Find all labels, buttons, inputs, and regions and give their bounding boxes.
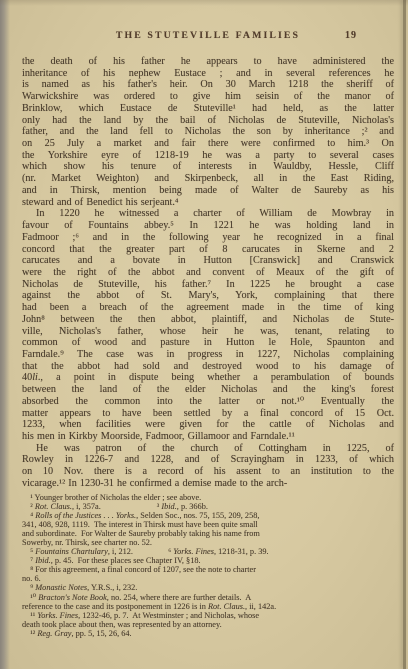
text-line: concord that the greater part of 8 caruc…: [22, 244, 394, 256]
text-line: steward and of Benedict his serjeant.⁴: [22, 197, 394, 209]
text-line: were the right of the abbot and convent …: [22, 267, 394, 279]
text-line: on 10 Nov. there is a record of his asse…: [22, 466, 394, 478]
text-line: inheritance of his nephew Eustace ; and …: [22, 68, 394, 80]
text-line: Warwickshire was ordered to give him sei…: [22, 91, 394, 103]
footnote-line: ⁹ Monastic Notes, Y.R.S., i, 232.: [22, 583, 394, 592]
footnote-line: ⁷ Ibid., p. 45. For these places see Cha…: [22, 556, 394, 565]
text-line: on 25 July a market and fair there were …: [22, 138, 394, 150]
footnotes: ¹ Younger brother of Nicholas the elder …: [22, 493, 394, 638]
text-line: In 1220 he witnessed a charter of Willia…: [22, 208, 394, 220]
text-line: is named as his father's heir. On 30 Mar…: [22, 79, 394, 91]
text-line: only had the land by the bail of Nichola…: [22, 115, 394, 127]
running-header: THE STUTEVILLE FAMILIES 19: [22, 30, 394, 44]
footnote-line: death took place about then, was represe…: [22, 620, 394, 629]
footnote-line: ⁴ Rolls of the Justices . . . Yorks., Se…: [22, 511, 394, 520]
text-line: and in Thirsk, mention being made of Wal…: [22, 185, 394, 197]
text-line: absorbed the common into the latter or n…: [22, 396, 394, 408]
text-line: which show his tenure of interests in Wa…: [22, 161, 394, 173]
text-line: between the land of the elder Nicholas a…: [22, 384, 394, 396]
text-line: 40li., a point in dispute being whether …: [22, 372, 394, 384]
text-line: the death of his father he appears to ha…: [22, 56, 394, 68]
running-title: THE STUTEVILLE FAMILIES: [22, 30, 394, 41]
book-page: THE STUTEVILLE FAMILIES 19 the death of …: [0, 0, 408, 669]
footnote-line: no. 6.: [22, 574, 394, 583]
text-line: the Yorkshire eyre of 1218-19 he was a p…: [22, 150, 394, 162]
page-top-edge-shadow: [0, 0, 408, 6]
text-line: had been a breach of the agreement made …: [22, 302, 394, 314]
footnote-line: ⁸ For this agreement, a final concord of…: [22, 565, 394, 574]
text-line: that the abbot had sold and destroyed wo…: [22, 361, 394, 373]
page-number: 19: [345, 30, 357, 41]
text-line: ville, Nicholas's father, whose heir he …: [22, 326, 394, 338]
page-right-edge-shadow: [403, 0, 406, 669]
footnote-line: reference to the case and its postponeme…: [22, 602, 394, 611]
text-line: (nr. Market Weighton) and Skirpenbeck, a…: [22, 173, 394, 185]
text-line: favour of Fountains abbey.⁵ In 1221 he w…: [22, 220, 394, 232]
footnote-line: Sowerby, nr. Thirsk, see charter no. 52.: [22, 538, 394, 547]
footnote-line: and subordinate. For Walter de Saureby p…: [22, 529, 394, 538]
text-line: Fadmoor ;⁶ and in the following year he …: [22, 232, 394, 244]
text-line: his men in Kirkby Moorside, Fadmoor, Gil…: [22, 431, 394, 443]
text-line: carucates and a bovate in Hutton [Cransw…: [22, 255, 394, 267]
page-left-edge-shadow: [0, 0, 10, 669]
text-line: matter appears to have been settled by a…: [22, 408, 394, 420]
body-text: the death of his father he appears to ha…: [22, 56, 394, 490]
text-line: common of wood and pasture in Hutton le …: [22, 337, 394, 349]
text-line: against the abbot of St. Mary's, York, c…: [22, 290, 394, 302]
footnote-line: ⁵ Fountains Chartulary, i, 212. ⁶ Yorks.…: [22, 547, 394, 556]
text-line: father, and the land fell to Nicholas th…: [22, 126, 394, 138]
text-line: Brinklow, which Eustace de Stuteville¹ h…: [22, 103, 394, 115]
text-line: 1233, when facilities were given for the…: [22, 419, 394, 431]
footnote-line: ¹² Reg. Gray, pp. 5, 15, 26, 64.: [22, 629, 394, 638]
text-line: He was patron of the church of Cottingha…: [22, 443, 394, 455]
footnote-line: ¹ Younger brother of Nicholas the elder …: [22, 493, 394, 502]
text-line: Farndale.⁹ The case was in progress in 1…: [22, 349, 394, 361]
text-line: John⁸ between the then abbot, plaintiff,…: [22, 314, 394, 326]
footnote-line: ² Rot. Claus., i, 357a. ³ Ibid., p. 366b…: [22, 502, 394, 511]
footnote-line: ¹¹ Yorks. Fines, 1232-46, p. 7. At Westm…: [22, 611, 394, 620]
text-line: vicarage.¹² In 1230-31 he confirmed a de…: [22, 478, 394, 490]
footnote-line: 341, 408, 928, 1119. The interest in Thi…: [22, 520, 394, 529]
footnote-line: ¹⁰ Bracton's Note Book, no. 254, where t…: [22, 593, 394, 602]
text-line: Nicholas de Stuteville, his father.⁷ In …: [22, 279, 394, 291]
text-line: Rowley in 1226-7 and 1228, and of Scrayi…: [22, 454, 394, 466]
